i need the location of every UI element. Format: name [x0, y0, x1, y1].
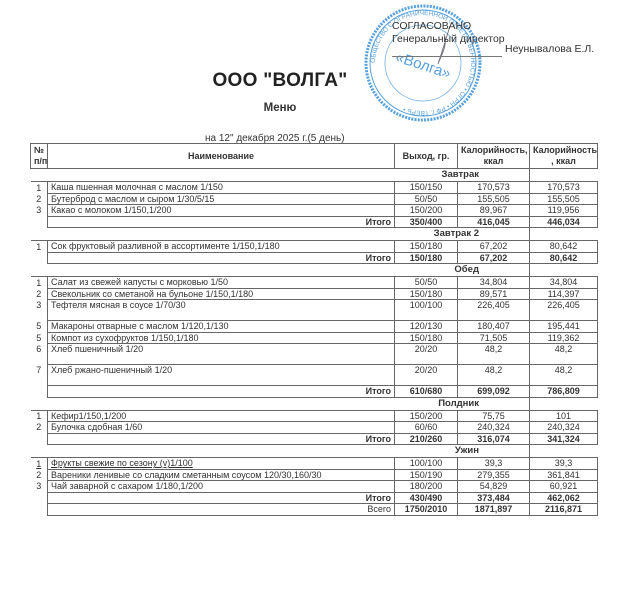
item-calories-2: 39,3 — [530, 458, 598, 470]
item-number: 1 — [31, 458, 48, 470]
header-name: Наименование — [48, 144, 395, 169]
item-calories-2: 361,841 — [530, 469, 598, 481]
item-calories-1: 240,324 — [458, 422, 530, 434]
item-calories-1: 170,573 — [458, 182, 530, 194]
item-calories-2: 170,573 — [530, 182, 598, 194]
item-name: Компот из сухофруктов 1/150,1/180 — [48, 332, 395, 344]
item-calories-1: 34,804 — [458, 277, 530, 289]
total-output: 430/490 — [395, 492, 458, 504]
item-output: 180/200 — [395, 481, 458, 493]
header-number: №п/п — [31, 144, 48, 169]
item-calories-2: 155,505 — [530, 193, 598, 205]
menu-table-body: Завтрак1Каша пшенная молочная с маслом 1… — [31, 169, 598, 516]
section-total-row: Итого430/490373,484462,062 — [31, 492, 598, 504]
section-total-row: Итого150/18067,20280,642 — [31, 252, 598, 264]
grand-total-row: Всего1750/20101871,8972116,871 — [31, 504, 598, 516]
grand-spacer — [31, 504, 48, 516]
total-calories-1: 67,202 — [458, 252, 530, 264]
total-calories-2: 786,809 — [530, 386, 598, 398]
item-number: 2 — [31, 288, 48, 300]
item-number: 2 — [31, 469, 48, 481]
item-name: Бутерброд с маслом и сыром 1/30/5/15 — [48, 193, 395, 205]
item-calories-2: 34,804 — [530, 277, 598, 289]
section-header-row: Обед — [31, 264, 598, 277]
header-calories-1: Калорийность,ккал — [458, 144, 530, 169]
total-output: 210/260 — [395, 433, 458, 445]
item-name: Кефир1/150,1/200 — [48, 410, 395, 422]
menu-table: №п/п Наименование Выход, гр. Калорийност… — [30, 143, 598, 516]
item-calories-1: 39,3 — [458, 458, 530, 470]
item-output: 50/50 — [395, 193, 458, 205]
section-total-row: Итого610/680699,092786,809 — [31, 386, 598, 398]
total-label: Итого — [48, 252, 395, 264]
item-name: Какао с молоком 1/150,1/200 — [48, 205, 395, 217]
item-calories-2: 60,921 — [530, 481, 598, 493]
item-output: 50/50 — [395, 277, 458, 289]
item-name: Каша пшенная молочная с маслом 1/150 — [48, 182, 395, 194]
item-output: 150/180 — [395, 332, 458, 344]
table-row: 3Чай заварной с сахаром 1/180,1/200180/2… — [31, 481, 598, 493]
item-calories-1: 48,2 — [458, 344, 530, 365]
table-row: 1Фрукты свежие по сезону (v)1/100100/100… — [31, 458, 598, 470]
table-row: 1Сок фруктовый разливной в ассортименте … — [31, 241, 598, 253]
table-row: 1Кефир1/150,1/200150/20075,75101 — [31, 410, 598, 422]
total-label: Итого — [48, 386, 395, 398]
total-spacer — [31, 386, 48, 398]
item-calories-1: 75,75 — [458, 410, 530, 422]
section-spacer — [530, 264, 598, 277]
item-output: 20/20 — [395, 344, 458, 365]
section-title: Обед — [31, 264, 530, 277]
table-row: 3Тефтеля мясная в соусе 1/70/30100/10022… — [31, 300, 598, 321]
item-name: Фрукты свежие по сезону (v)1/100 — [48, 458, 395, 470]
item-calories-2: 48,2 — [530, 365, 598, 386]
item-calories-2: 80,642 — [530, 241, 598, 253]
total-calories-2: 446,034 — [530, 216, 598, 228]
item-calories-1: 155,505 — [458, 193, 530, 205]
grand-total-label: Всего — [48, 504, 395, 516]
total-calories-1: 373,484 — [458, 492, 530, 504]
table-row: 2Бутерброд с маслом и сыром 1/30/5/1550/… — [31, 193, 598, 205]
table-row: 2Вареники ленивые со сладким сметанным с… — [31, 469, 598, 481]
item-name: Сок фруктовый разливной в ассортименте 1… — [48, 241, 395, 253]
total-spacer — [31, 492, 48, 504]
item-name: Салат из свежей капусты с морковью 1/50 — [48, 277, 395, 289]
header-output: Выход, гр. — [395, 144, 458, 169]
total-output: 150/180 — [395, 252, 458, 264]
section-header-row: Ужин — [31, 445, 598, 458]
total-output: 610/680 — [395, 386, 458, 398]
item-output: 20/20 — [395, 365, 458, 386]
total-calories-1: 699,092 — [458, 386, 530, 398]
item-calories-2: 226,405 — [530, 300, 598, 321]
total-calories-1: 416,045 — [458, 216, 530, 228]
item-output: 150/150 — [395, 182, 458, 194]
item-calories-2: 195,441 — [530, 321, 598, 333]
item-name: Свекольник со сметаной на бульоне 1/150,… — [48, 288, 395, 300]
item-calories-1: 180,407 — [458, 321, 530, 333]
total-calories-2: 80,642 — [530, 252, 598, 264]
table-row: 2Булочка сдобная 1/6060/60240,324240,324 — [31, 422, 598, 434]
item-output: 60/60 — [395, 422, 458, 434]
item-calories-1: 54,829 — [458, 481, 530, 493]
table-row: 5Макароны отварные с маслом 1/120,1/1301… — [31, 321, 598, 333]
table-header-row: №п/п Наименование Выход, гр. Калорийност… — [31, 144, 598, 169]
section-title: Завтрак 2 — [31, 228, 530, 241]
item-number: 3 — [31, 300, 48, 321]
section-spacer — [530, 397, 598, 410]
approval-block: СОГЛАСОВАНО Генеральный директор Неуныва… — [392, 20, 505, 46]
item-number: 3 — [31, 205, 48, 217]
item-calories-2: 114,397 — [530, 288, 598, 300]
item-name: Вареники ленивые со сладким сметанным со… — [48, 469, 395, 481]
approval-signer: Неунывалова Е.Л. — [505, 43, 594, 56]
grand-total-calories-1: 1871,897 — [458, 504, 530, 516]
item-output: 150/180 — [395, 288, 458, 300]
organization-title: ООО "ВОЛГА" — [0, 70, 560, 92]
section-spacer — [530, 228, 598, 241]
approval-position: Генеральный директор — [392, 33, 505, 46]
item-name: Булочка сдобная 1/60 — [48, 422, 395, 434]
item-output: 100/100 — [395, 458, 458, 470]
item-output: 150/200 — [395, 410, 458, 422]
table-row: 1Каша пшенная молочная с маслом 1/150150… — [31, 182, 598, 194]
total-calories-2: 341,324 — [530, 433, 598, 445]
section-header-row: Завтрак — [31, 169, 598, 182]
grand-total-calories-2: 2116,871 — [530, 504, 598, 516]
item-calories-2: 119,956 — [530, 205, 598, 217]
item-calories-1: 89,967 — [458, 205, 530, 217]
total-output: 350/400 — [395, 216, 458, 228]
total-calories-1: 316,074 — [458, 433, 530, 445]
item-name: Макароны отварные с маслом 1/120,1/130 — [48, 321, 395, 333]
total-calories-2: 462,062 — [530, 492, 598, 504]
item-output: 150/200 — [395, 205, 458, 217]
table-row: 6Хлеб пшеничный 1/2020/2048,248,2 — [31, 344, 598, 365]
table-row: 5Компот из сухофруктов 1/150,1/180150/18… — [31, 332, 598, 344]
item-name: Хлеб ржано-пшеничный 1/20 — [48, 365, 395, 386]
item-calories-2: 48,2 — [530, 344, 598, 365]
item-number: 6 — [31, 344, 48, 365]
item-calories-1: 71,505 — [458, 332, 530, 344]
total-spacer — [31, 216, 48, 228]
table-row: 1Салат из свежей капусты с морковью 1/50… — [31, 277, 598, 289]
section-total-row: Итого210/260316,074341,324 — [31, 433, 598, 445]
total-label: Итого — [48, 216, 395, 228]
item-number: 1 — [31, 277, 48, 289]
item-name: Чай заварной с сахаром 1/180,1/200 — [48, 481, 395, 493]
item-number: 2 — [31, 193, 48, 205]
section-total-row: Итого350/400416,045446,034 — [31, 216, 598, 228]
item-number: 5 — [31, 321, 48, 333]
item-calories-1: 48,2 — [458, 365, 530, 386]
item-number: 7 — [31, 365, 48, 386]
total-label: Итого — [48, 492, 395, 504]
item-number: 2 — [31, 422, 48, 434]
item-number: 1 — [31, 241, 48, 253]
item-output: 100/100 — [395, 300, 458, 321]
item-calories-1: 279,355 — [458, 469, 530, 481]
item-name: Тефтеля мясная в соусе 1/70/30 — [48, 300, 395, 321]
total-spacer — [31, 252, 48, 264]
item-calories-2: 240,324 — [530, 422, 598, 434]
item-name: Хлеб пшеничный 1/20 — [48, 344, 395, 365]
item-calories-1: 226,405 — [458, 300, 530, 321]
section-title: Завтрак — [31, 169, 530, 182]
table-row: 2Свекольник со сметаной на бульоне 1/150… — [31, 288, 598, 300]
approval-label: СОГЛАСОВАНО — [392, 20, 505, 33]
item-output: 120/130 — [395, 321, 458, 333]
section-title: Полдник — [31, 397, 530, 410]
item-number: 5 — [31, 332, 48, 344]
signature-line — [392, 56, 502, 57]
item-output: 150/190 — [395, 469, 458, 481]
section-header-row: Полдник — [31, 397, 598, 410]
total-spacer — [31, 433, 48, 445]
item-number: 1 — [31, 410, 48, 422]
grand-total-output: 1750/2010 — [395, 504, 458, 516]
item-number: 1 — [31, 182, 48, 194]
header-calories-2: Калорийность, ккал — [530, 144, 598, 169]
section-title: Ужин — [31, 445, 530, 458]
section-header-row: Завтрак 2 — [31, 228, 598, 241]
menu-title: Меню — [0, 102, 560, 114]
section-spacer — [530, 169, 598, 182]
table-row: 3Какао с молоком 1/150,1/200150/20089,96… — [31, 205, 598, 217]
total-label: Итого — [48, 433, 395, 445]
table-row: 7Хлеб ржано-пшеничный 1/2020/2048,248,2 — [31, 365, 598, 386]
item-calories-2: 119,362 — [530, 332, 598, 344]
item-output: 150/180 — [395, 241, 458, 253]
section-spacer — [530, 445, 598, 458]
item-calories-1: 67,202 — [458, 241, 530, 253]
item-number: 3 — [31, 481, 48, 493]
item-calories-1: 89,571 — [458, 288, 530, 300]
item-calories-2: 101 — [530, 410, 598, 422]
